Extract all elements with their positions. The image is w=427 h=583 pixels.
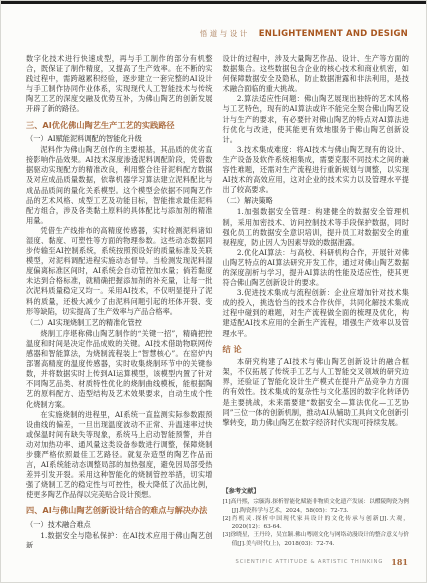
page-header: 悟道与设计 ENLIGHTENMENT AND DESIGN — [200, 28, 408, 39]
section-heading: 结 论 — [223, 344, 410, 355]
left-column: 数字化技术进行快速成型，再与手工制作的部分有机整合，既保证了制作精度，又提高了生… — [26, 54, 213, 548]
journal-name: SCIENTIFIC ATTITUDE & ARTISTIC THINKING — [236, 559, 384, 565]
references-title: 【参考文献】 — [223, 488, 410, 496]
section-title-english: ENLIGHTENMENT AND DESIGN — [259, 29, 408, 39]
section-heading: 四、AI与佛山陶艺创新设计结合的难点与解决办法 — [26, 505, 213, 516]
reference-item: [2]肖机灵.探析中国现代家具设计的文化传承与创新[J].大观，2020(12)… — [223, 515, 410, 532]
paragraph: 3.技术集成难度：将AI技术与佛山陶艺现有的设计、生产设备及软件系统相集成，需要… — [223, 145, 410, 195]
subsection-heading: （一）AI赋能泥料调配的智能化升级 — [26, 134, 213, 144]
paragraph: 2.算法适应性问题：佛山陶艺展现出独特的艺术风格与工艺特色，现有的AI算法或许不… — [223, 94, 410, 144]
paragraph: 数字化技术进行快速成型，再与手工制作的部分有机整合，既保证了制作精度，又提高了生… — [26, 54, 213, 115]
paragraph: 2.优化AI算法：与高校、科研机构合作，开展针对佛山陶艺特点的AI算法研究开发工… — [223, 248, 410, 288]
section-title-chinese: 悟道与设计 — [200, 28, 250, 39]
page-number: 181 — [391, 557, 408, 567]
page-footer: SCIENTIFIC ATTITUDE & ARTISTIC THINKING … — [236, 557, 408, 567]
section-heading: 三、AI优化佛山陶艺生产工艺的实践路径 — [26, 120, 213, 131]
paragraph: 设计的过程中，涉及大量陶艺作品、设计、生产等方面的数据集合。这些数据包含企业的核… — [223, 54, 410, 94]
journal-page: 悟道与设计 ENLIGHTENMENT AND DESIGN 数字化技术进行快速… — [0, 0, 427, 583]
subsection-heading: （二）解决策略 — [223, 196, 410, 206]
subsection-heading: （二）AI实现烧制工艺的精准化管控 — [26, 318, 213, 328]
reference-item: [1]高丹熙，宗毓海.探析智能化赋能非物质文化遗产发展：以醴陵陶瓷为例[J].陶… — [223, 498, 410, 515]
references: 【参考文献】[1]高丹熙，宗毓海.探析智能化赋能非物质文化遗产发展：以醴陵陶瓷为… — [223, 488, 410, 548]
paragraph: 3.促进技术集成与流程创新：企业应增加针对技术集成的投入，挑选恰当的技术合作伙伴… — [223, 288, 410, 338]
reference-item: [3]徐晓星，王丹玲，吴宜颖.佛山粤剧文化与网络动漫设计的整合意义与价值[J].… — [223, 531, 410, 548]
right-column: 设计的过程中，涉及大量陶艺作品、设计、生产等方面的数据集合。这些数据包含企业的核… — [223, 54, 410, 548]
paragraph: 烧制工序堪称佛山陶艺制作的“关键一招”，精确把控温度和时间是决定作品成败的关键。… — [26, 329, 213, 410]
paragraph: 1.数据安全与隐私保护：在AI技术应用于佛山陶艺创新 — [26, 531, 213, 548]
paragraph: 泥料作为佛山陶艺创作的主要根基，其品质的优劣直接影响作品效果。AI技术深度渗透泥… — [26, 145, 213, 226]
article-body: 数字化技术进行快速成型，再与手工制作的部分有机整合，既保证了制作精度，又提高了生… — [26, 54, 409, 548]
paragraph: 在实施烧制的进程里，AI系统一直监测实际参数跟预设曲线的偏差，一旦出现温度波动不… — [26, 410, 213, 501]
paragraph: 凭借生产线排布的高精度传感器，实时检测泥料诸如湿度、黏度、可塑性等方面的物理参数… — [26, 226, 213, 317]
paragraph: 本研究构建了AI技术与佛山陶艺创新设计的融合框架，不仅拓展了传统手工艺与人工智能… — [223, 357, 410, 428]
subsection-heading: （一）技术融合难点 — [26, 520, 213, 530]
scan-edge-strip — [1, 1, 426, 4]
paragraph: 1.加强数据安全管理：构建健全的数据安全管理机制，采用加密技术、访问控制技术等手… — [223, 207, 410, 247]
